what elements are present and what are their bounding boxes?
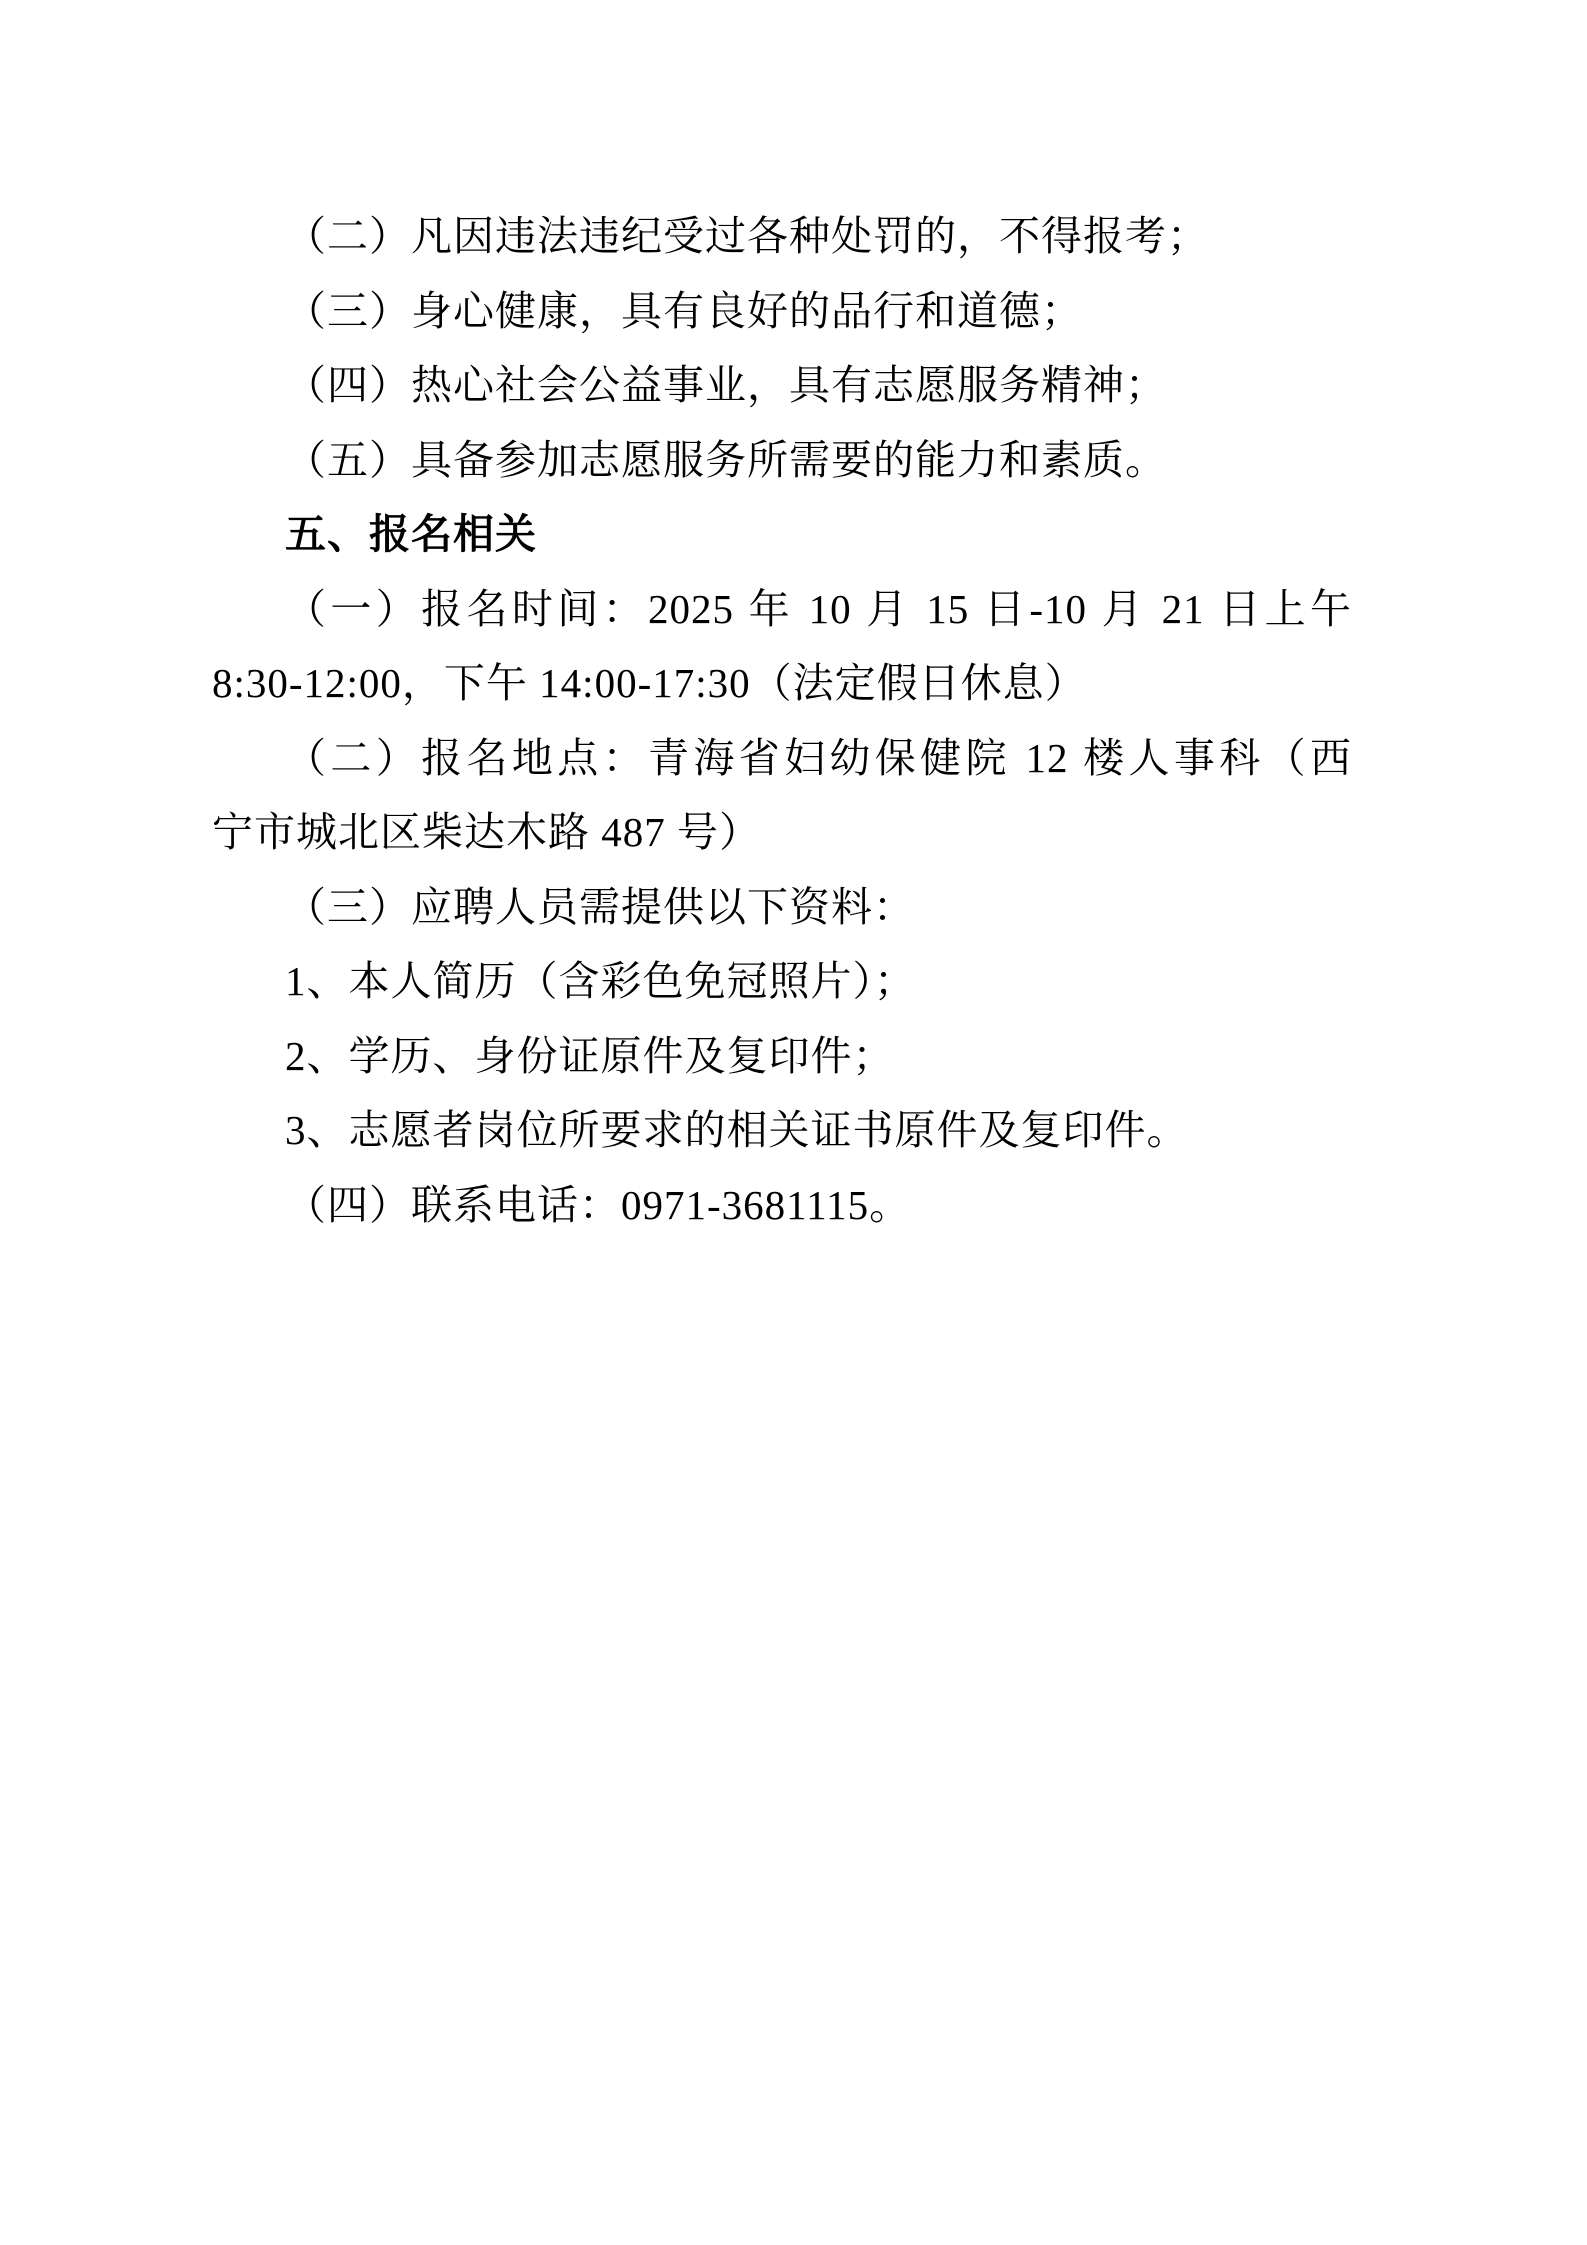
- requirement-clause-5: （五）具备参加志愿服务所需要的能力和素质。: [212, 423, 1352, 498]
- material-item-1: 1、本人简历（含彩色免冠照片）；: [212, 944, 1352, 1019]
- registration-time-line-2: 8:30-12:00，下午 14:00-17:30（法定假日休息）: [212, 646, 1352, 721]
- contact-phone-line: （四）联系电话：0971-3681115。: [212, 1168, 1352, 1243]
- document-page: （二）凡因违法违纪受过各种处罚的，不得报考； （三）身心健康，具有良好的品行和道…: [0, 0, 1587, 2245]
- required-materials-heading: （三）应聘人员需提供以下资料：: [212, 870, 1352, 945]
- material-item-3: 3、志愿者岗位所要求的相关证书原件及复印件。: [212, 1093, 1352, 1168]
- requirement-clause-4: （四）热心社会公益事业，具有志愿服务精神；: [212, 348, 1352, 423]
- requirement-clause-3: （三）身心健康，具有良好的品行和道德；: [212, 274, 1352, 349]
- registration-location-line-1: （二）报名地点：青海省妇幼保健院 12 楼人事科（西: [212, 721, 1352, 796]
- requirement-clause-2: （二）凡因违法违纪受过各种处罚的，不得报考；: [212, 199, 1352, 274]
- registration-location-line-2: 宁市城北区柴达木路 487 号）: [212, 795, 1352, 870]
- registration-time-line-1: （一）报名时间：2025 年 10 月 15 日-10 月 21 日上午: [212, 572, 1352, 647]
- document-body: （二）凡因违法违纪受过各种处罚的，不得报考； （三）身心健康，具有良好的品行和道…: [212, 199, 1352, 1242]
- section-heading-registration: 五、报名相关: [212, 497, 1352, 572]
- material-item-2: 2、学历、身份证原件及复印件；: [212, 1019, 1352, 1094]
